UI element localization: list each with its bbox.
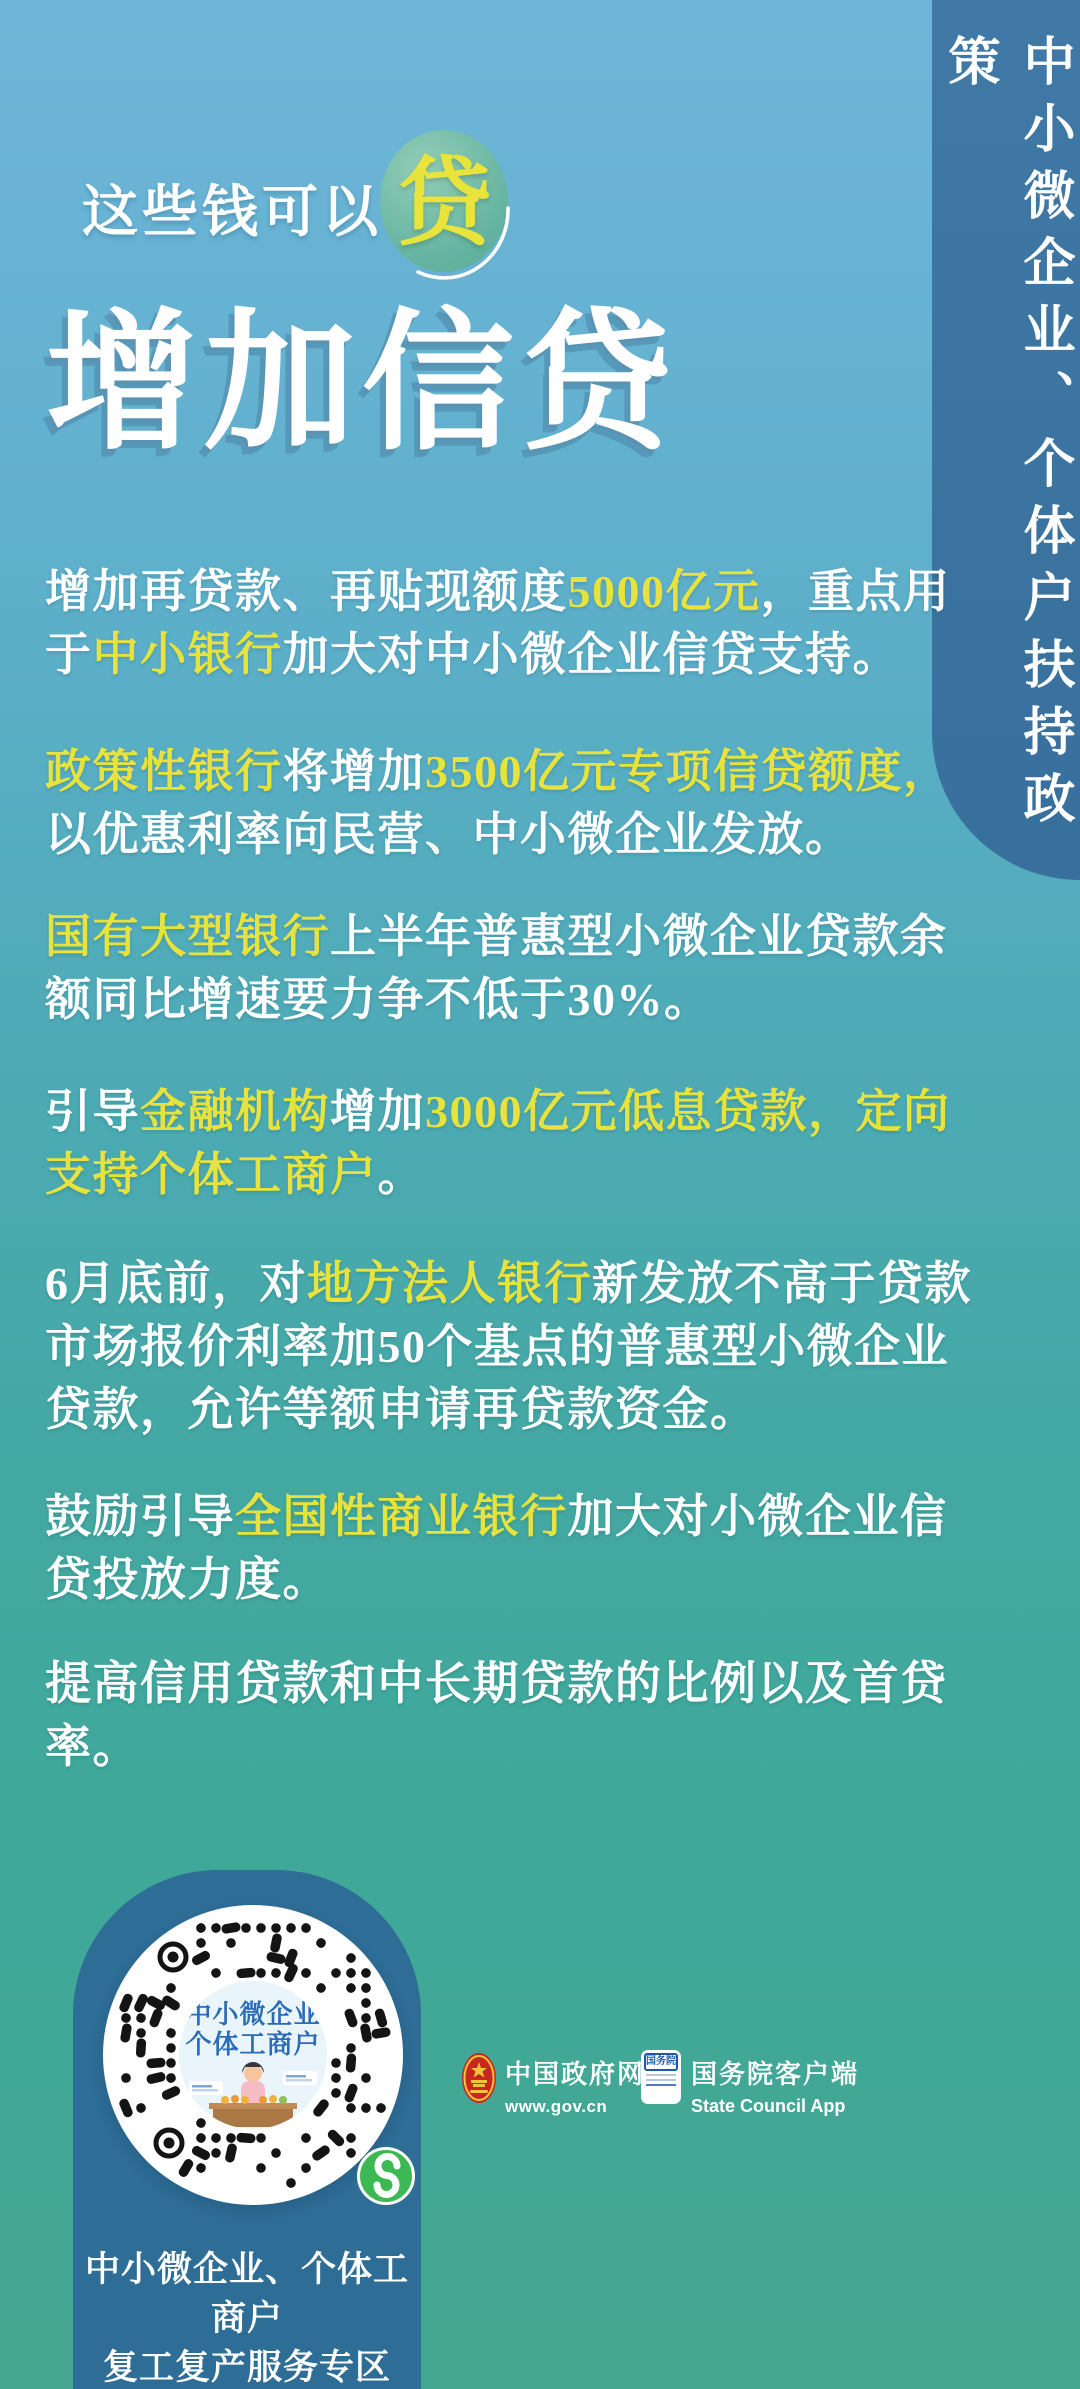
app-icon-line: [646, 2079, 676, 2081]
paragraph-7: 提高信用贷款和中长期贷款的比例以及首贷率。: [45, 1652, 993, 1778]
app-icon-line: [646, 2074, 676, 2076]
qr-center-label: 中小微企业 个体工商户: [179, 1981, 327, 2129]
service-zone-card: 中小微企业 个体工商户: [73, 1870, 421, 2389]
footer-logos: 中国政府网 www.gov.cn 国务院 国务院客户端 State Counci…: [455, 2046, 875, 2116]
app-text: 国务院客户端 State Council App: [691, 2054, 859, 2117]
state-council-app-icon: 国务院: [641, 2050, 681, 2104]
paragraph-3: 国有大型银行上半年普惠型小微企业贷款余额同比增速要力争不低于30%。: [45, 905, 993, 1031]
gov-site-text: 中国政府网 www.gov.cn: [505, 2054, 645, 2117]
paragraph-5: 6月底前，对地方法人银行新发放不高于贷款市场报价利率加50个基点的普惠型小微企业…: [45, 1252, 993, 1441]
wechat-icon: [357, 2147, 415, 2205]
paragraph-4: 引导金融机构增加3000亿元低息贷款，定向支持个体工商户。: [45, 1080, 993, 1206]
qr-center-illustration: [179, 2059, 327, 2129]
qr-center-line2: 个体工商户: [179, 2029, 327, 2059]
loan-badge: 贷: [380, 130, 508, 272]
subtitle: 这些钱可以: [82, 168, 382, 248]
app-icon-line: [646, 2084, 676, 2086]
paragraph-1: 增加再贷款、再贴现额度5000亿元，重点用于中小银行加大对中小微企业信贷支持。: [45, 560, 993, 686]
paragraph-6: 鼓励引导全国性商业银行加大对小微企业信贷投放力度。: [45, 1485, 993, 1611]
card-caption-line1: 中小微企业、个体工商户: [73, 2245, 421, 2343]
poster-root: 中小微企业、个体户扶持政策 这些钱可以 贷 增加信贷 增加再贷款、再贴现额度50…: [0, 0, 1080, 2389]
qr-code[interactable]: 中小微企业 个体工商户: [103, 1905, 403, 2205]
card-caption: 中小微企业、个体工商户 复工复产服务专区: [73, 2245, 421, 2389]
paragraph-2: 政策性银行将增加3500亿元专项信贷额度，以优惠利率向民营、中小微企业发放。: [45, 740, 993, 866]
qr-center-line1: 中小微企业: [179, 1999, 327, 2029]
gov-site-name: 中国政府网: [505, 2054, 645, 2091]
card-caption-line2: 复工复产服务专区: [73, 2343, 421, 2389]
app-name: 国务院客户端: [691, 2054, 859, 2091]
gov-site-url: www.gov.cn: [505, 2097, 645, 2117]
loan-badge-arc: [374, 126, 524, 282]
app-icon-label: 国务院: [644, 2053, 678, 2071]
main-title: 增加信贷: [46, 300, 678, 467]
app-name-en: State Council App: [691, 2096, 859, 2117]
national-emblem-icon: [461, 2052, 497, 2104]
